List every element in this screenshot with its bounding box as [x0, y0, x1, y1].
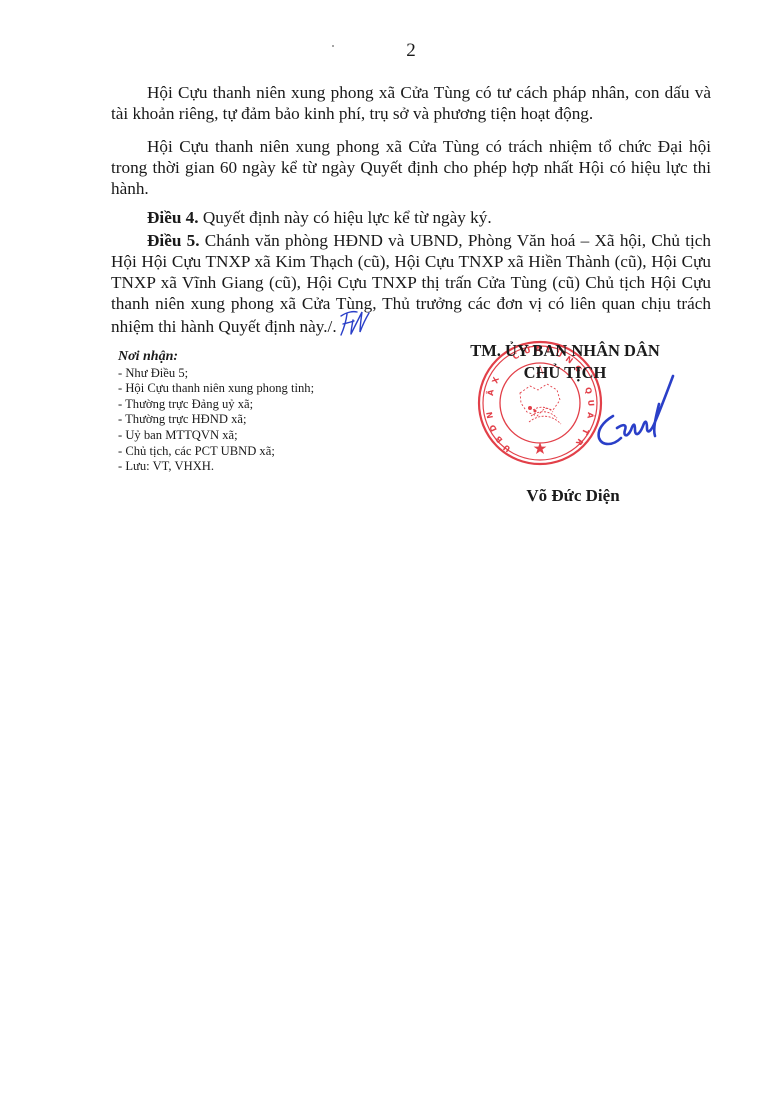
signature-icon — [575, 364, 685, 469]
initials-icon — [337, 314, 367, 336]
svg-text:B: B — [494, 434, 505, 444]
document-body: Hội Cựu thanh niên xung phong xã Cửa Tùn… — [111, 82, 711, 337]
recipient-item: - Thường trực Đảng uỷ xã; — [118, 397, 398, 413]
recipient-item: - Như Điều 5; — [118, 366, 398, 382]
recipients-list: Nơi nhận: - Như Điều 5; - Hội Cựu thanh … — [118, 349, 398, 475]
article-4-text: Quyết định này có hiệu lực kể từ ngày ký… — [199, 208, 492, 227]
svg-text:N: N — [485, 411, 495, 419]
recipient-item: - Chủ tịch, các PCT UBND xã; — [118, 444, 398, 460]
paragraph-legal-status: Hội Cựu thanh niên xung phong xã Cửa Tùn… — [111, 82, 711, 124]
article-5: Điều 5. Chánh văn phòng HĐND và UBND, Ph… — [111, 230, 711, 337]
recipient-item: - Thường trực HĐND xã; — [118, 412, 398, 428]
article-5-label: Điều 5. — [147, 231, 200, 250]
signer-name: Võ Đức Diện — [443, 486, 703, 506]
article-5-text: Chánh văn phòng HĐND và UBND, Phòng Văn … — [111, 231, 711, 336]
recipient-item: - Uỷ ban MTTQVN xã; — [118, 428, 398, 444]
signature-block: TM. ỦY BAN NHÂN DÂN CHỦ TỊCH C Ử A T Ù N… — [435, 340, 695, 384]
recipients-title: Nơi nhận: — [118, 349, 398, 365]
recipient-item: - Lưu: VT, VHXH. — [118, 459, 398, 475]
svg-text:D: D — [488, 423, 499, 433]
article-4-label: Điều 4. — [147, 208, 199, 227]
svg-text:Ã: Ã — [485, 388, 496, 396]
on-behalf-title: TM. ỦY BAN NHÂN DÂN — [435, 340, 695, 362]
paragraph-congress-duty: Hội Cựu thanh niên xung phong xã Cửa Tùn… — [111, 136, 711, 199]
recipient-item: - Hội Cựu thanh niên xung phong tỉnh; — [118, 381, 398, 397]
article-4: Điều 4. Quyết định này có hiệu lực kể từ… — [111, 207, 711, 228]
page-number: 2 — [21, 40, 780, 62]
